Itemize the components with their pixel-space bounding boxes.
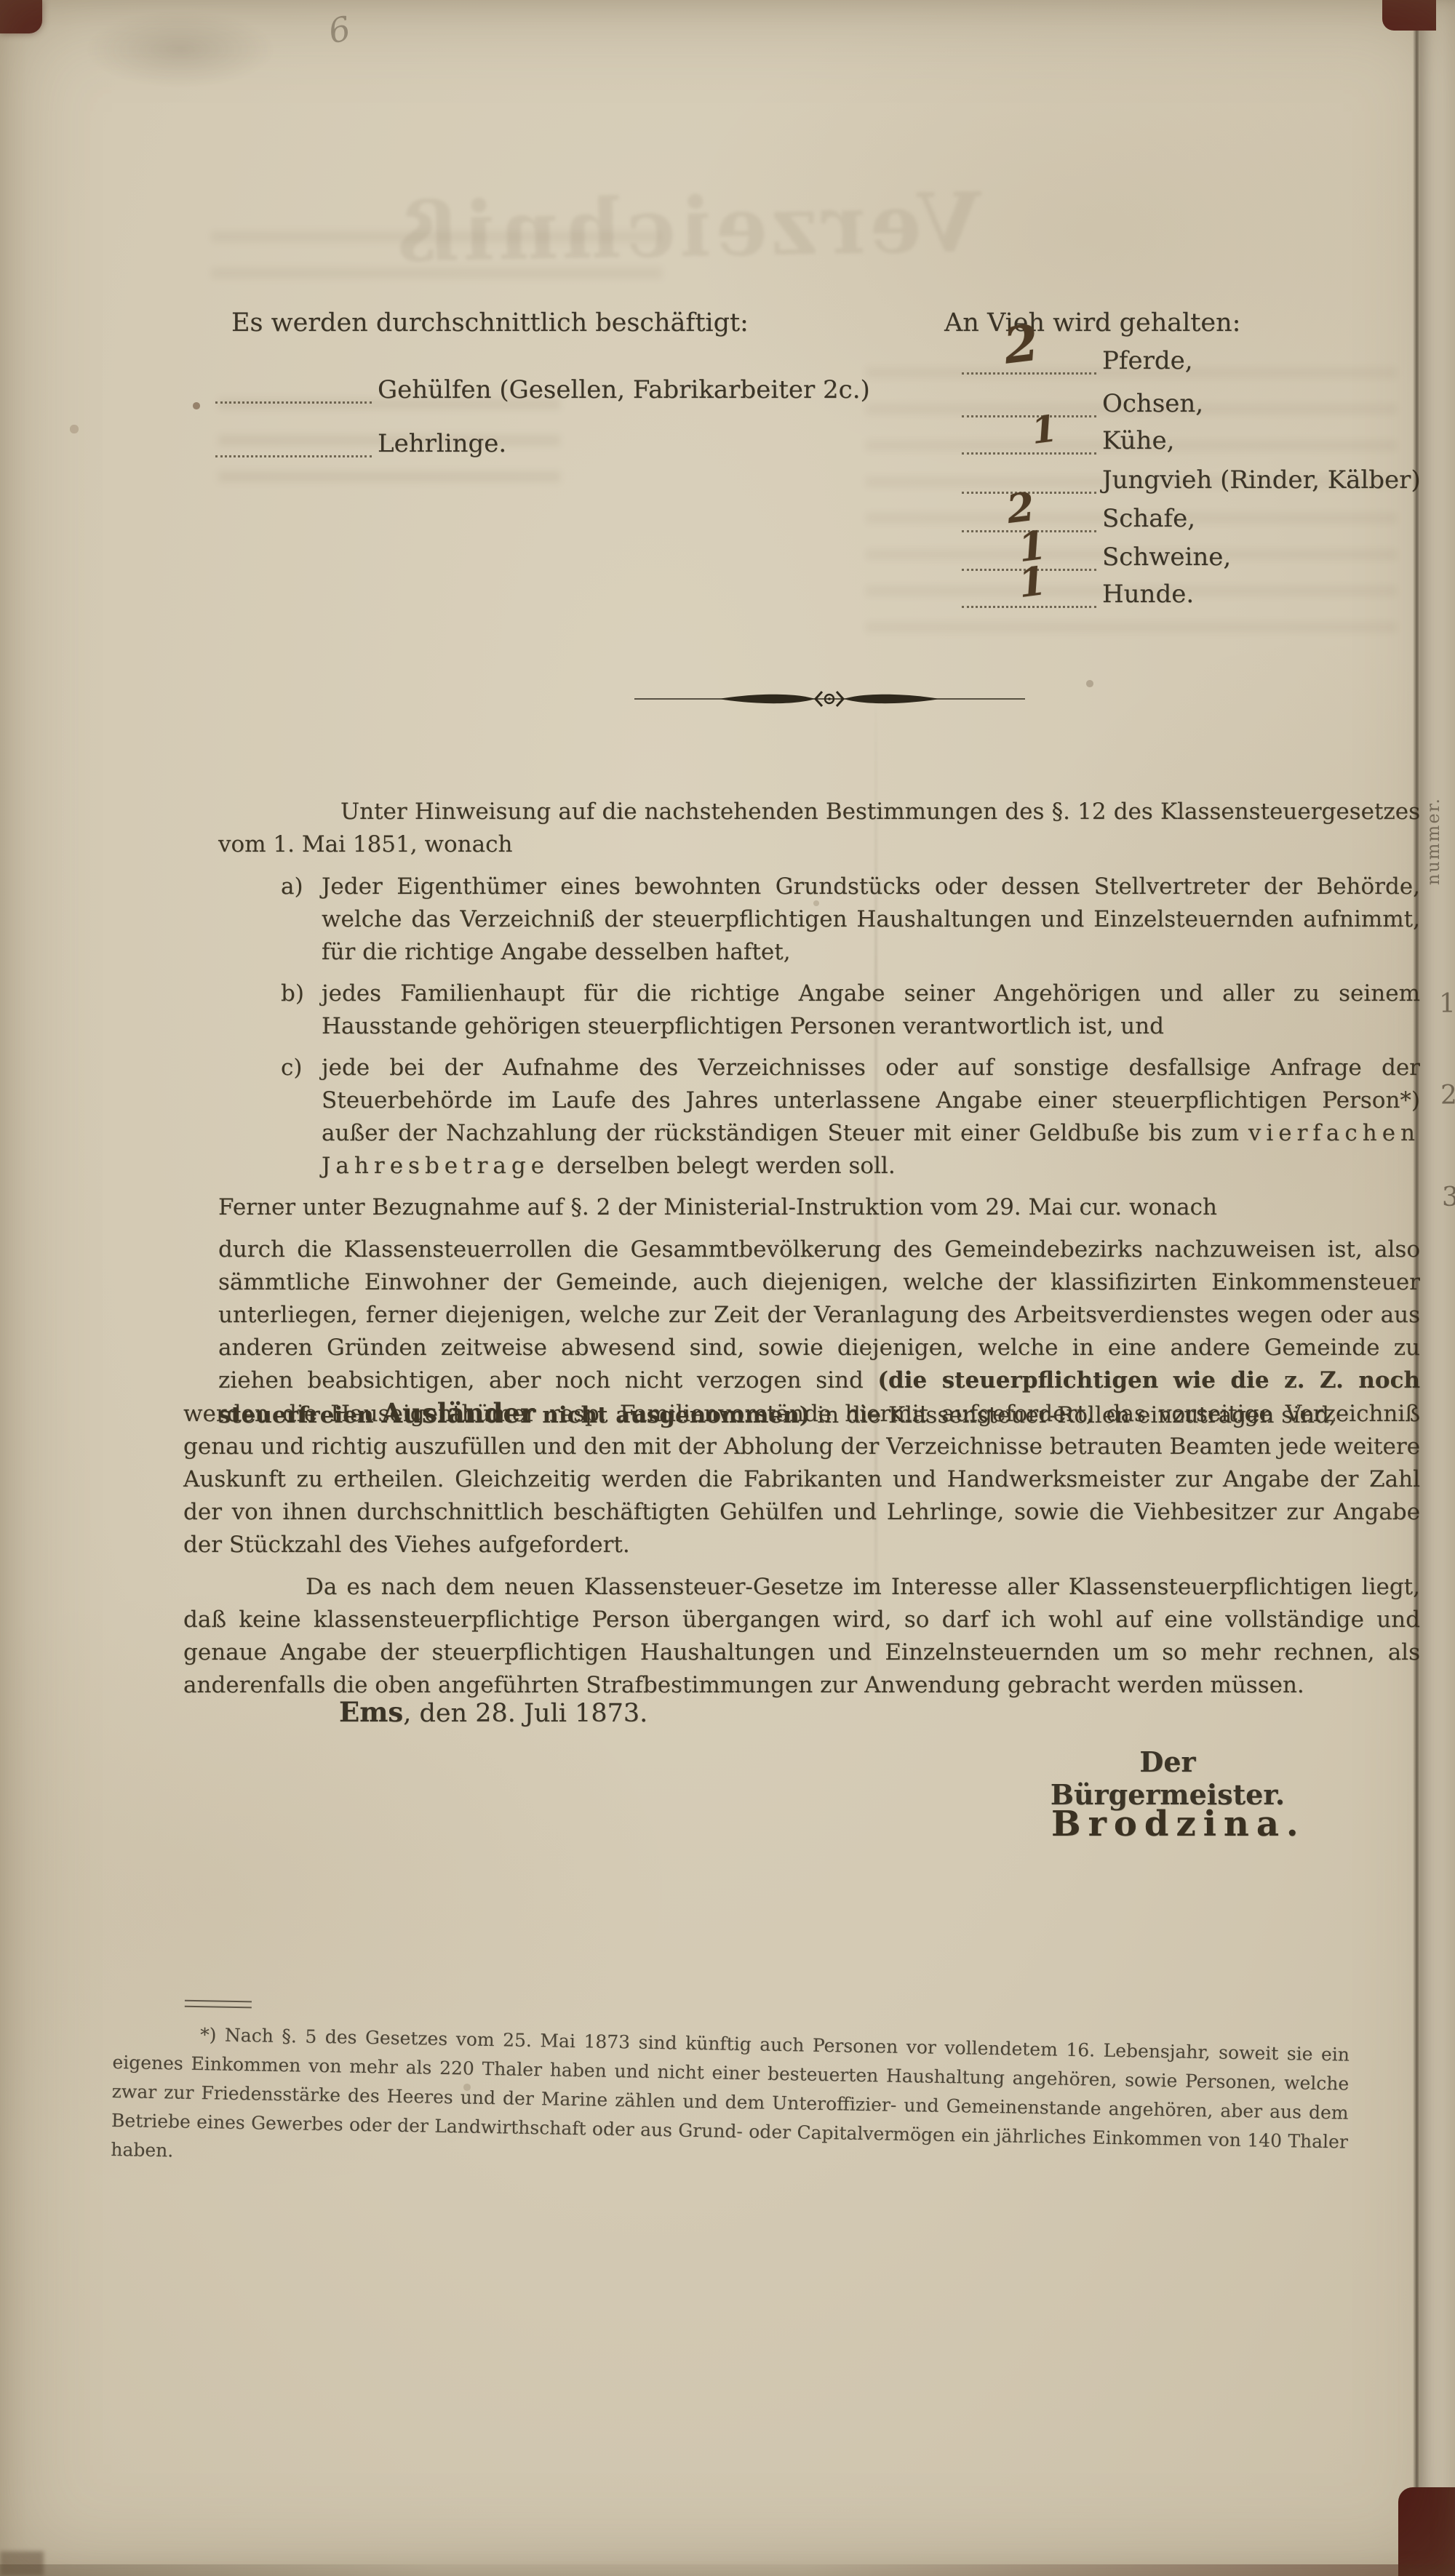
- scanned-document-page: Verzeichniß 6 Es werden durchschnittlich…: [0, 0, 1455, 2576]
- corner-backing-top-right: [1382, 0, 1436, 31]
- item-text: jede bei der Aufnahme des Verzeichnisses…: [322, 1052, 1420, 1183]
- footnote-body: Nach §. 5 des Gesetzes vom 25. Mai 1873 …: [111, 2024, 1350, 2161]
- row-label: Schweine,: [1102, 545, 1231, 571]
- body-text-lower: werden die Hauseigenthümer resp. Familie…: [183, 1398, 1420, 1711]
- row-label: Gehülfen (Gesellen, Fabrikarbeiter 2c.): [378, 377, 870, 404]
- livestock-row-ochsen: Ochsen,: [962, 391, 1203, 417]
- edge-digit: 3: [1442, 1183, 1455, 1212]
- item-text: jedes Familienhaupt für die richtige Ang…: [322, 977, 1420, 1043]
- binding-edge: [1413, 0, 1420, 2576]
- edge-digit: 2: [1440, 1081, 1455, 1111]
- employment-row-gehuelfen: Gehülfen (Gesellen, Fabrikarbeiter 2c.): [215, 377, 870, 404]
- signature-title: Der Bürgermeister.: [1037, 1745, 1299, 1811]
- footnote-text: *) Nach §. 5 des Gesetzes vom 25. Mai 18…: [111, 2019, 1350, 2186]
- footnote-marker: *): [200, 2024, 217, 2045]
- dateline: Ems, den 28. Juli 1873.: [339, 1696, 647, 1728]
- livestock-row-schafe: 2 Schafe,: [962, 506, 1195, 532]
- bottom-edge-shadow: [0, 2564, 1455, 2576]
- item-marker: b): [281, 977, 322, 1043]
- dotted-blank: 2: [962, 349, 1096, 375]
- list-item-b: b) jedes Familienhaupt für die richtige …: [218, 977, 1420, 1043]
- handwritten-value: 2: [1001, 318, 1041, 371]
- livestock-row-kuehe: 1 Kühe,: [962, 428, 1174, 455]
- item-c-post: derselben belegt werden soll.: [549, 1153, 896, 1179]
- dotted-blank: 1: [962, 583, 1096, 608]
- paragraph-intro: Unter Hinweisung auf die nachstehenden B…: [218, 796, 1420, 861]
- handwritten-value: 1: [1016, 561, 1048, 603]
- row-label: Hunde.: [1102, 582, 1194, 608]
- livestock-heading: An Vieh wird gehalten:: [944, 308, 1240, 337]
- paragraph-ferner: Ferner unter Bezugnahme auf §. 2 der Min…: [218, 1191, 1420, 1224]
- signature-name: Brodzina.: [1051, 1804, 1284, 1844]
- paragraph-werden: werden die Hauseigenthümer resp. Familie…: [183, 1398, 1420, 1561]
- paragraph-da-es: Da es nach dem neuen Klassensteuer-Geset…: [183, 1571, 1420, 1702]
- edge-digit: 1.: [1439, 989, 1455, 1019]
- row-label: Jungvieh (Rinder, Kälber),: [1102, 468, 1429, 494]
- item-text: Jeder Eigenthümer eines bewohnten Grunds…: [322, 871, 1420, 969]
- row-label: Pferde,: [1102, 348, 1193, 375]
- pencil-mark: 6: [325, 9, 354, 52]
- item-marker: c): [281, 1052, 322, 1183]
- row-label: Kühe,: [1102, 428, 1174, 455]
- body-text-upper: Unter Hinweisung auf die nachstehenden B…: [218, 796, 1420, 1441]
- employment-row-lehrlinge: Lehrlinge.: [215, 431, 506, 457]
- employment-heading: Es werden durchschnittlich beschäftigt:: [231, 308, 749, 337]
- dotted-blank: [215, 378, 372, 404]
- row-label: Schafe,: [1102, 506, 1195, 532]
- edge-vertical-text: nummer.: [1423, 797, 1443, 885]
- ornamental-divider: [631, 682, 1028, 719]
- list-item-a: a) Jeder Eigenthümer eines bewohnten Gru…: [218, 871, 1420, 969]
- date-text: , den 28. Juli 1873.: [403, 1699, 647, 1728]
- dotted-blank: [215, 432, 372, 457]
- bleed-through-lines: [211, 231, 662, 297]
- livestock-row-hunde: 1 Hunde.: [962, 582, 1194, 608]
- livestock-row-schweine: 1 Schweine,: [962, 545, 1231, 571]
- place-name: Ems: [339, 1696, 403, 1728]
- corner-backing-top-left: [0, 0, 42, 33]
- pencil-smudge: [86, 12, 275, 87]
- dotted-blank: 1: [962, 429, 1096, 455]
- row-label: Ochsen,: [1102, 391, 1203, 417]
- handwritten-value: 1: [1029, 410, 1059, 449]
- item-marker: a): [281, 871, 322, 969]
- corner-backing-bottom-right: [1398, 2487, 1455, 2576]
- footnote-rule: [185, 2000, 252, 2009]
- adjacent-page-sliver: [1420, 0, 1455, 2576]
- footnote: *) Nach §. 5 des Gesetzes vom 25. Mai 18…: [111, 1999, 1350, 2204]
- bleed-through-title: Verzeichniß: [392, 175, 982, 281]
- row-label: Lehrlinge.: [378, 431, 506, 457]
- livestock-row-pferde: 2 Pferde,: [962, 348, 1193, 375]
- list-item-c: c) jede bei der Aufnahme des Verzeichnis…: [218, 1052, 1420, 1183]
